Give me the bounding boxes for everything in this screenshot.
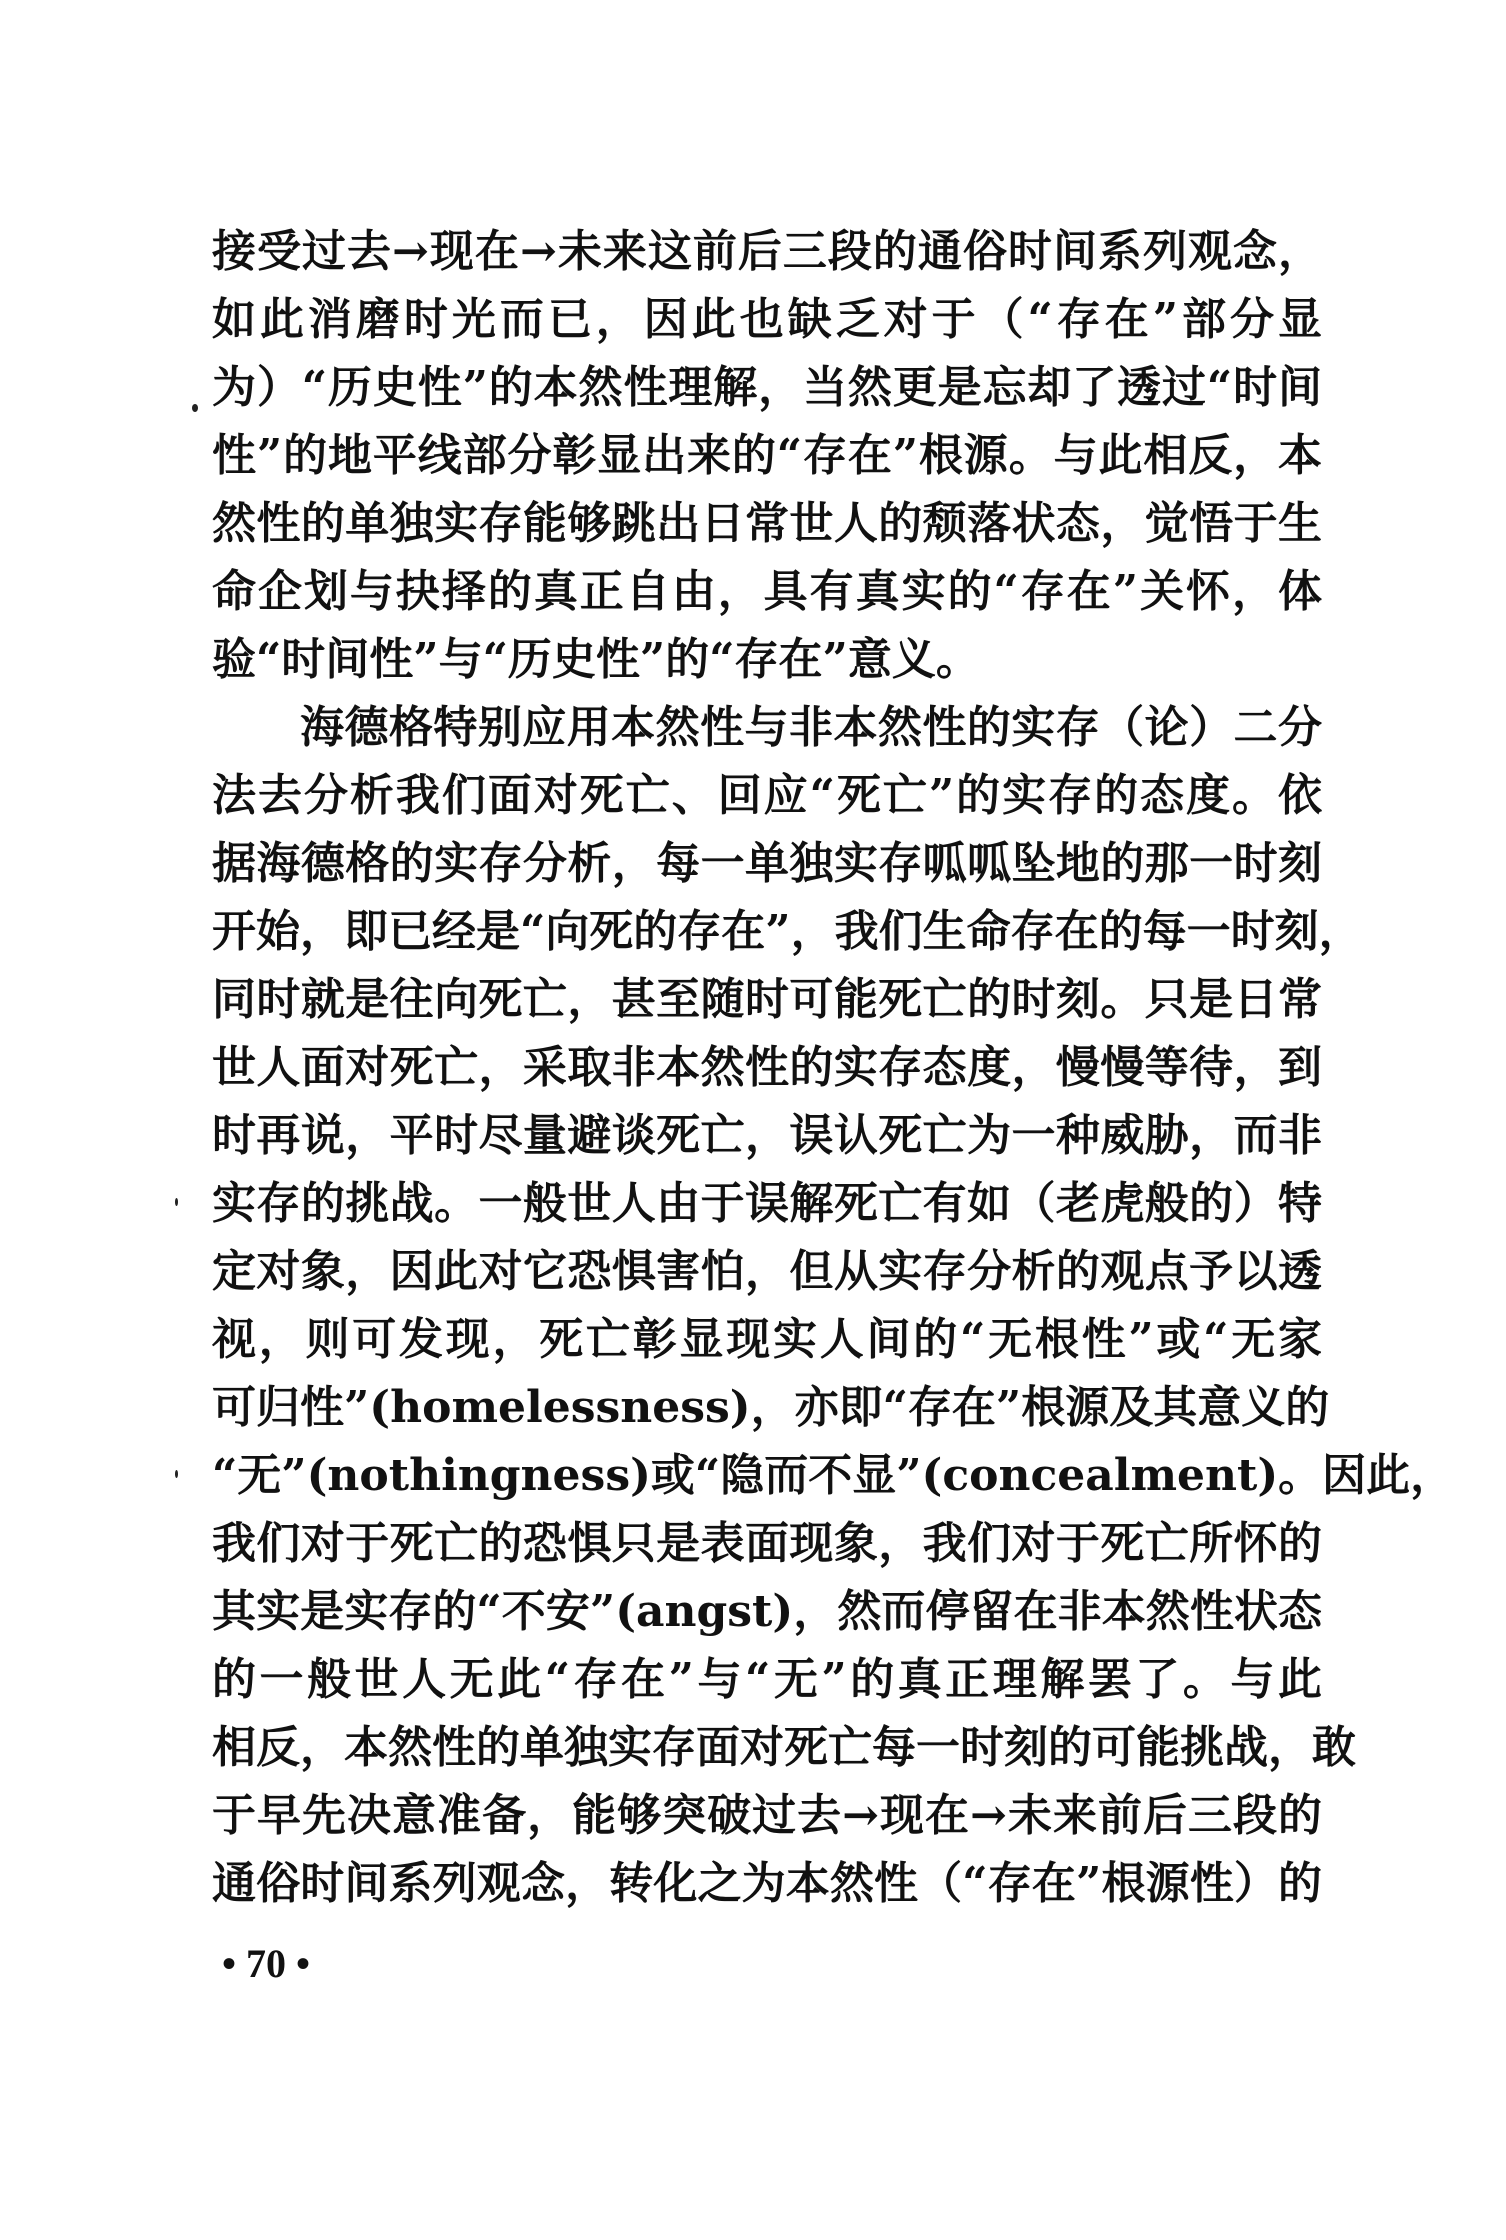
text-line: 性”的地平线部分彰显出来的“存在”根源。与此相反，本 [212,426,1322,486]
text-line: 通俗时间系列观念，转化之为本然性（“存在”根源性）的 [212,1854,1322,1914]
text-line: 其实是实存的“不安”(angst)，然而停留在非本然性状态 [212,1582,1322,1642]
text-line: 视，则可发现，死亡彰显现实人间的“无根性”或“无家 [212,1310,1322,1370]
text-line: 实存的挑战。一般世人由于误解死亡有如（老虎般的）特 [212,1174,1322,1234]
text-line: 开始，即已经是“向死的存在”，我们生命存在的每一时刻， [212,902,1322,962]
scan-speck [175,1470,178,1478]
text-line: 于早先决意准备，能够突破过去→现在→未来前后三段的 [212,1786,1322,1846]
text-line: 世人面对死亡，采取非本然性的实存态度，慢慢等待，到 [212,1038,1322,1098]
page-number: • 70 • [222,1940,310,1987]
text-line: 接受过去→现在→未来这前后三段的通俗时间系列观念， [212,222,1322,282]
text-line: 如此消磨时光而已，因此也缺乏对于（“存在”部分显 [212,290,1322,350]
text-line: 验“时间性”与“历史性”的“存在”意义。 [212,630,1322,690]
text-line: 命企划与抉择的真正自由，具有真实的“存在”关怀，体 [212,562,1322,622]
text-line: 法去分析我们面对死亡、回应“死亡”的实存的态度。依 [212,766,1322,826]
text-line: 海德格特别应用本然性与非本然性的实存（论）二分 [300,698,1322,758]
text-line: 同时就是往向死亡，甚至随时可能死亡的时刻。只是日常 [212,970,1322,1030]
text-line: 相反，本然性的单独实存面对死亡每一时刻的可能挑战，敢 [212,1718,1322,1778]
text-line: 时再说，平时尽量避谈死亡，误认死亡为一种威胁，而非 [212,1106,1322,1166]
text-line: 的一般世人无此“存在”与“无”的真正理解罢了。与此 [212,1650,1322,1710]
text-line: 为）“历史性”的本然性理解，当然更是忘却了透过“时间 [212,358,1322,418]
book-page: 接受过去→现在→未来这前后三段的通俗时间系列观念， 如此消磨时光而已，因此也缺乏… [0,0,1506,2240]
text-line: 可归性”(homelessness)，亦即“存在”根源及其意义的 [212,1378,1322,1438]
text-line: 据海德格的实存分析，每一单独实存呱呱坠地的那一时刻 [212,834,1322,894]
text-line: “无”(nothingness)或“隐而不显”(concealment)。因此， [212,1446,1322,1506]
text-line: 定对象，因此对它恐惧害怕，但从实存分析的观点予以透 [212,1242,1322,1302]
scan-speck [192,404,198,412]
scan-speck [175,1198,178,1206]
text-line: 然性的单独实存能够跳出日常世人的颓落状态，觉悟于生 [212,494,1322,554]
text-line: 我们对于死亡的恐惧只是表面现象，我们对于死亡所怀的 [212,1514,1322,1574]
